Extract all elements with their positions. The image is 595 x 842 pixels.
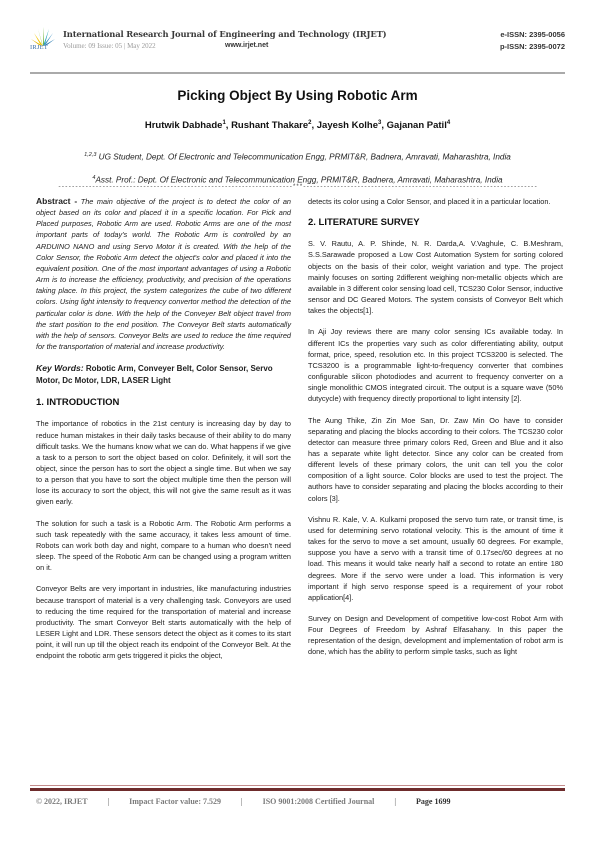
paragraph: Survey on Design and Development of comp…: [308, 613, 563, 658]
keywords: Key Words: Robotic Arm, Conveyer Belt, C…: [36, 362, 291, 387]
abstract: Abstract - The main objective of the pro…: [36, 196, 291, 352]
paragraph: The solution for such a task is a Roboti…: [36, 518, 291, 574]
section-separator: ----------------------------------------…: [30, 183, 565, 190]
volume-issue: Volume: 09 Issue: 05 | May 2022: [63, 42, 156, 50]
abstract-label: Abstract -: [36, 196, 77, 206]
footer-separator: |: [108, 797, 110, 806]
page-number: Page 1699: [416, 797, 450, 806]
section-heading-introduction: 1. INTRODUCTION: [36, 397, 291, 408]
affiliation-sup: 1,2,3: [84, 152, 96, 158]
paragraph: Vishnu R. Kale, V. A. Kulkarni proposed …: [308, 514, 563, 603]
paragraph: The importance of robotics in the 21st c…: [36, 418, 291, 507]
certification: ISO 9001:2008 Certified Journal: [263, 797, 375, 806]
irjet-logo: IRJET: [30, 27, 56, 53]
author-sup: 1: [222, 120, 225, 126]
author-name: Hrutwik Dabhade: [145, 120, 223, 131]
author-sup: 3: [378, 120, 381, 126]
author-sup: 2: [308, 120, 311, 126]
paragraph-continuation: detects its color using a Color Sensor, …: [308, 196, 563, 207]
left-column: Abstract - The main objective of the pro…: [36, 196, 291, 671]
paragraph: In Aji Joy reviews there are many color …: [308, 326, 563, 404]
author-sup: 4: [447, 120, 450, 126]
header-divider: [30, 72, 565, 74]
author-list: Hrutwik Dabhade1, Rushant Thakare2, Jaye…: [0, 120, 595, 131]
p-issn: p-ISSN: 2395-0072: [500, 42, 565, 51]
right-column: detects its color using a Color Sensor, …: [308, 196, 563, 668]
author-name: Rushant Thakare: [231, 120, 308, 131]
affiliation-1: 1,2,3 UG Student, Dept. Of Electronic an…: [30, 150, 565, 163]
footer-separator: |: [241, 797, 243, 806]
e-issn: e-ISSN: 2395-0056: [500, 30, 565, 39]
journal-website-link[interactable]: www.irjet.net: [225, 42, 268, 49]
page-footer: © 2022, IRJET | Impact Factor value: 7.5…: [36, 797, 450, 806]
journal-name: International Research Journal of Engine…: [63, 29, 386, 39]
author-name: Gajanan Patil: [387, 120, 447, 131]
paragraph: The Aung Thike, Zin Zin Moe San, Dr. Zaw…: [308, 415, 563, 504]
paragraph: S. V. Rautu, A. P. Shinde, N. R. Darda,A…: [308, 238, 563, 316]
logo-text: IRJET: [30, 44, 48, 51]
impact-factor: Impact Factor value: 7.529: [129, 797, 221, 806]
keywords-label: Key Words:: [36, 363, 84, 373]
footer-separator: |: [394, 797, 396, 806]
affiliation-text: UG Student, Dept. Of Electronic and Tele…: [99, 153, 511, 162]
paper-title: Picking Object By Using Robotic Arm: [0, 88, 595, 103]
footer-divider: [30, 788, 565, 791]
section-heading-literature-survey: 2. LITERATURE SURVEY: [308, 217, 563, 228]
author-name: Jayesh Kolhe: [317, 120, 378, 131]
footer-divider-thin: [30, 785, 565, 786]
copyright: © 2022, IRJET: [36, 797, 88, 806]
paragraph: Conveyor Belts are very important in ind…: [36, 583, 291, 661]
journal-header: IRJET International Research Journal of …: [30, 30, 565, 52]
abstract-text: The main objective of the project is to …: [36, 197, 291, 351]
